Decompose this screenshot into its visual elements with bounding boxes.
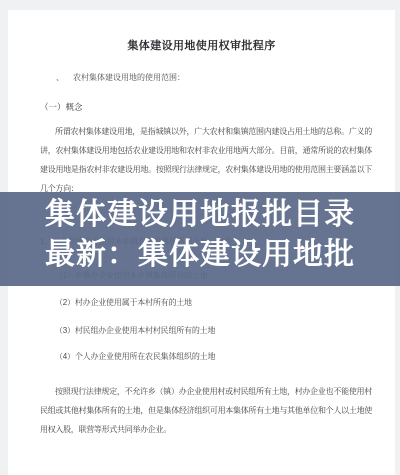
section-heading-text: 农村集体建设用地的使用范围： [73, 73, 185, 82]
banner-title-line2: 最新：集体建设用地批 [0, 235, 400, 275]
list-item: （2）村办企业使用属于本村所有的土地 [55, 298, 192, 308]
section-marker: 、 [56, 73, 64, 82]
closing-paragraph: 按照现行法律规定，不允许乡（镇）办企业使用村或村民组所有土地，村办企业也不能使用… [40, 382, 372, 439]
watermark-title-banner: 集体建设用地报批目录 最新：集体建设用地批 [0, 192, 400, 286]
concept-paragraph: 所谓农村集体建设用地，是指城镇以外，广大农村和集镇范围内建设占用土地的总称。广义… [40, 122, 372, 198]
article-screenshot: 集体建设用地使用权审批程序 、农村集体建设用地的使用范围： （一）概念 所谓农村… [0, 0, 400, 475]
list-item: （4）个人办企业使用所在农民集体组织的土地 [55, 352, 215, 362]
subsection-heading: （一）概念 [40, 102, 83, 112]
list-item: （3）村民组办企业使用本村村民组所有的土地 [55, 326, 215, 336]
page-title: 集体建设用地使用权审批程序 [8, 39, 395, 53]
section-heading: 、农村集体建设用地的使用范围： [56, 73, 185, 83]
banner-title-line1: 集体建设用地报批目录 [0, 195, 400, 235]
